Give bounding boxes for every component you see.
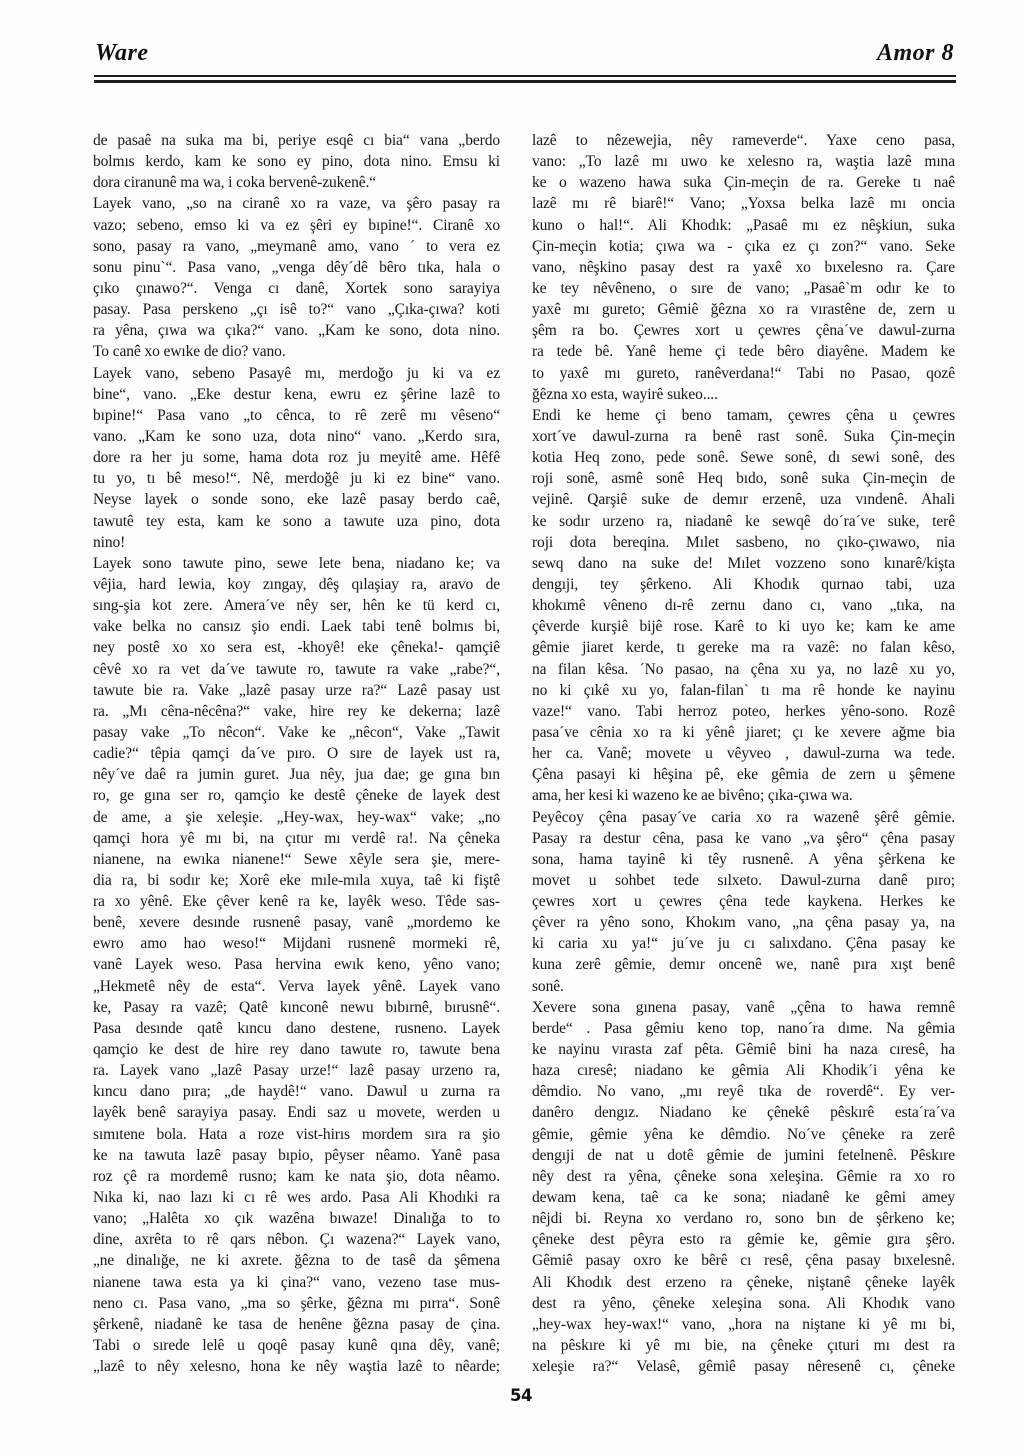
- text-line: layêk benê sarayiya pasay. Endi saz u mo…: [93, 1102, 500, 1123]
- text-line: no ki çıkê xu yo, falan-filan` tı ma rê …: [532, 680, 955, 701]
- text-line: şêrkenê, niadanê ke tasa de henêne ğêzna…: [93, 1314, 500, 1335]
- text-line: kuno o hal!“. Ali Khodık: „Pasaê mı ez n…: [532, 215, 955, 236]
- text-line: dore ra her ju some, hama dota roz ju me…: [93, 447, 500, 468]
- text-line: ke nayinu vırasta zaf pêta. Gêmiê bini h…: [532, 1039, 955, 1060]
- text-line: sıng-şia kot zere. Amera´ve nêy ser, hên…: [93, 595, 500, 616]
- text-line: pasay. Pasa perskeno „çı isê to?“ vano „…: [93, 299, 500, 320]
- page-number: 54: [510, 1386, 532, 1405]
- text-line: ra xo yênê. Eke çêver kenê ra ke, layêk …: [93, 891, 500, 912]
- text-line: vano; „Halêta xo çık wazêna bıwaze! Dina…: [93, 1208, 500, 1229]
- paragraph: lazê to nêzewejia, nêy rameverde“. Yaxe …: [532, 130, 955, 405]
- text-line: Layek vano, „so na ciranê xo ra vaze, va…: [93, 193, 500, 214]
- text-line: „lazê to nêy xelesno, hona ke nêy waştia…: [93, 1356, 500, 1377]
- text-line: lazê to nêzewejia, nêy rameverde“. Yaxe …: [532, 130, 955, 151]
- text-line: vejinê. Qarşiê suke de demır erzenê, uza…: [532, 489, 955, 510]
- text-line: Tabi o sırede lelê u qoqê pasay kunê qın…: [93, 1335, 500, 1356]
- text-line: Xevere sona gınena pasay, vanê „çêna to …: [532, 997, 955, 1018]
- text-line: ra tede bê. Yanê heme çi tede bêro diayê…: [532, 341, 955, 362]
- text-line: vano: „To lazê mı uwo ke xelesno ra, waş…: [532, 151, 955, 172]
- text-line: çewres xort u çewres çêna tede kaykena. …: [532, 891, 955, 912]
- text-line: her ca. Vanê; movete u vêyveo , dawul-zu…: [532, 743, 955, 764]
- text-line: ğêzna xo esta, wayirê sukeo....: [532, 384, 955, 405]
- text-line: roji dota bereqina. Mılet sasbeno, no çı…: [532, 532, 955, 553]
- header-rule: [94, 75, 956, 86]
- text-line: tawute bie ra. Vake „lazê pasay urze ra?…: [93, 680, 500, 701]
- text-line: benê, xevere desınde rusnenê pasay, vanê…: [93, 912, 500, 933]
- text-line: xeleşie ra?“ Velasê, gêmiê pasay nêresen…: [532, 1356, 955, 1377]
- text-line: ke o wazeno hawa suka Çin-meçin de ra. G…: [532, 172, 955, 193]
- text-line: çêver ra yêno sono, Khokım vano, „na çên…: [532, 912, 955, 933]
- text-line: pasa´ve cênia xo ra ki yênê jiaret; çı k…: [532, 722, 955, 743]
- text-line: Çêna pasayi ki hêşina pê, eke gêmia de z…: [532, 764, 955, 785]
- rule-line-bottom: [94, 80, 956, 82]
- text-line: ro, ge gına ser ro, qamçio ke destê çêne…: [93, 785, 500, 806]
- text-line: movet u sohbet tede sılxeto. Dawul-zurna…: [532, 870, 955, 891]
- text-line: yaxê mı gureto; Gêmiê ğêzna xo ra vırast…: [532, 299, 955, 320]
- text-line: de pasaê na suka ma bi, periye esqê cı b…: [93, 130, 500, 151]
- text-line: to yaxê mı gureto, ranêverdana!“ Tabi no…: [532, 363, 955, 384]
- text-line: Çin-meçin kotia; çıwa wa - çıka ez çı zo…: [532, 236, 955, 257]
- text-column-left: de pasaê na suka ma bi, periye esqê cı b…: [93, 130, 500, 1377]
- text-line: Peyêcoy çêna pasay´ve caria xo ra wazenê…: [532, 807, 955, 828]
- text-line: vazo; sebeno, emso ki va ez şêri ey bıpi…: [93, 215, 500, 236]
- text-line: Gêmiê pasay oxro ke bêrê cı resê, çêna p…: [532, 1250, 955, 1271]
- document-page: Ware Amor 8 de pasaê na suka ma bi, peri…: [0, 0, 1024, 1456]
- text-line: haza cıresê; niadano ke gêmia Ali Khodik…: [532, 1060, 955, 1081]
- article-title: Amor 8: [877, 40, 954, 67]
- text-line: kıncu dano pıra; „de haydê!“ vano. Dawul…: [93, 1081, 500, 1102]
- text-line: sono, pasay ra vano, „meymanê amo, vano …: [93, 236, 500, 257]
- text-line: cêvê xo ra vet da´ve tawute ro, tawute r…: [93, 659, 500, 680]
- text-line: ra. Layek vano „lazê Pasay urze!“ lazê p…: [93, 1060, 500, 1081]
- text-line: ke, Pasay ra vazê; Qatê kınconê newu bıb…: [93, 997, 500, 1018]
- text-line: nianene tawa esta ya ki çina?“ vano, vez…: [93, 1272, 500, 1293]
- text-line: khokımê vêneno dı-rê zernu dano cı, vano…: [532, 595, 955, 616]
- text-line: bıpine!“ Pasa vano „to cênca, to rê zerê…: [93, 405, 500, 426]
- text-column-right: lazê to nêzewejia, nêy rameverde“. Yaxe …: [532, 130, 955, 1377]
- text-line: Layek sono tawute pino, sewe lete bena, …: [93, 553, 500, 574]
- text-line: cadie?“ têpia qamçi da´ve pıro. O sıre d…: [93, 743, 500, 764]
- text-line: berde“ . Pasa gêmiu keno top, nano´ra dı…: [532, 1018, 955, 1039]
- text-line: dêmdio. No vano, „mı reyê tıka de roverd…: [532, 1081, 955, 1102]
- text-line: Ali Khodık dest erzeno ra çêneke, niştan…: [532, 1272, 955, 1293]
- text-line: Endi ke heme çi beno tamam, çewres çêna …: [532, 405, 955, 426]
- text-line: vanê Layek weso. Pasa hervina ewık keno,…: [93, 954, 500, 975]
- text-line: sımıtene bola. Hata a roze vist-hirıs mo…: [93, 1124, 500, 1145]
- text-line: ke tey nêvêneno, o sıre de vano; „Pasaê`…: [532, 278, 955, 299]
- paragraph: Layek sono tawute pino, sewe lete bena, …: [93, 553, 500, 1377]
- text-line: qamçi hora yê mı bi, na çıtur mı verdê r…: [93, 828, 500, 849]
- text-line: bine“, vano. „Eke destur kena, ewru ez ş…: [93, 384, 500, 405]
- text-line: ney postê xo xo sera est, -khoyê! eke çê…: [93, 637, 500, 658]
- text-line: gêmie jiaret kerde, tı gereke ma ra vazê…: [532, 637, 955, 658]
- text-line: vaze!“ vano. Tabi herroz poteo, herkes y…: [532, 701, 955, 722]
- text-line: To canê xo ewıke de dio? vano.: [93, 341, 500, 362]
- text-line: vano. „Kam ke sono uza, dota nino“ vano.…: [93, 426, 500, 447]
- paragraph: Peyêcoy çêna pasay´ve caria xo ra wazenê…: [532, 807, 955, 997]
- text-line: bolmıs kerdo, kam ke sono ey pino, dota …: [93, 151, 500, 172]
- text-line: şêm ra bo. Çewres xort u çewres çêna´ve …: [532, 320, 955, 341]
- text-line: pasay vake „To nêcon“. Vake ke „nêcon“, …: [93, 722, 500, 743]
- text-line: ama, her kesi ki wazeno ke ae bivêno; çı…: [532, 785, 955, 806]
- text-line: na filan kêsa. ´No pasao, na çêna xu ya,…: [532, 659, 955, 680]
- text-line: „hey-wax hey-wax!“ vano, „hora na niştan…: [532, 1314, 955, 1335]
- text-line: Pasay ra destur cêna, pasa ke vano „va ş…: [532, 828, 955, 849]
- text-line: çêneke dest pêyra esto ra gêmie ke, gêmi…: [532, 1229, 955, 1250]
- text-line: „Hekmetê nêy de esta“. Verva layek yênê.…: [93, 976, 500, 997]
- text-line: neno cı. Pasa vano, „ma so şêrke, ğêzna …: [93, 1293, 500, 1314]
- text-line: nêy dest ra yêna, çêneke sona xeleşina. …: [532, 1166, 955, 1187]
- text-line: na pêskıre ki yê mı bie, na çêneke çıtur…: [532, 1335, 955, 1356]
- text-line: ki caria xu ya!“ ju´ve ju cı salıxdano. …: [532, 933, 955, 954]
- text-line: çêverde kurşiê bijê rose. Karê to ki uyo…: [532, 616, 955, 637]
- paragraph: Xevere sona gınena pasay, vanê „çêna to …: [532, 997, 955, 1378]
- text-line: dest ra yêno, çêneke xeleşina sona. Ali …: [532, 1293, 955, 1314]
- text-line: xort´ve dawul-zurna ra benê rast sonê. S…: [532, 426, 955, 447]
- text-line: lazê mı rê biarê!“ Vano; „Yoxsa belka la…: [532, 193, 955, 214]
- text-line: danêro dengız. Niadano ke çênekê pêskırê…: [532, 1102, 955, 1123]
- text-line: ke na tawuta lazê pasay bıpio, pêyser nê…: [93, 1145, 500, 1166]
- text-line: nino!: [93, 532, 500, 553]
- journal-title: Ware: [95, 40, 149, 67]
- text-line: dengıji, tey şêrkeno. Ali Khodık qurnao …: [532, 574, 955, 595]
- text-line: roji sonê, asmê sonê Heq bıdo, sonê suka…: [532, 468, 955, 489]
- text-line: kuna zerê gêmie, demır oncenê we, nanê p…: [532, 954, 955, 975]
- text-line: „ne dinalığe, ne ki axrete. ğêzna to de …: [93, 1250, 500, 1271]
- text-line: kotia Heq zono, pede sonê. Sewe sonê, dı…: [532, 447, 955, 468]
- text-line: Neyse layek o sonde sono, eke lazê pasay…: [93, 489, 500, 510]
- text-line: tawutê tey esta, kam ke sono a tawute uz…: [93, 511, 500, 532]
- text-line: vake belka no cansız şio endi. Laek tabi…: [93, 616, 500, 637]
- text-line: nianene, na ewıka nianene!“ Sewe xêyle s…: [93, 849, 500, 870]
- text-line: ra. „Mı cêna-nêcêna?“ vake, hire rey ke …: [93, 701, 500, 722]
- running-header: Ware Amor 8: [95, 40, 954, 67]
- text-line: sona, hama tayinê ki têy rusnenê. A yêna…: [532, 849, 955, 870]
- text-line: dine, axrêta to rê qars nêbon. Çı wazena…: [93, 1229, 500, 1250]
- paragraph: Endi ke heme çi beno tamam, çewres çêna …: [532, 405, 955, 807]
- text-line: qamçio ke dest de hire rey dano tawute r…: [93, 1039, 500, 1060]
- text-line: ewro amo hao weso!“ Mijdani rusnenê morm…: [93, 933, 500, 954]
- text-line: nêy´ve daê ra jumin guret. Jua nêy, jua …: [93, 764, 500, 785]
- text-line: ke sodır urzeno ra, niadanê ke sewqê do´…: [532, 511, 955, 532]
- paragraph: de pasaê na suka ma bi, periye esqê cı b…: [93, 130, 500, 193]
- text-line: de ame, a şie xeleşie. „Hey-wax, hey-wax…: [93, 807, 500, 828]
- text-line: dia ra, bi sodır ke; Xorê eke mıle-mıla …: [93, 870, 500, 891]
- text-line: Pasa desınde qatê kıncu dano destene, ru…: [93, 1018, 500, 1039]
- text-line: çıko çınawo?“. Venga cı danê, Xortek son…: [93, 278, 500, 299]
- text-line: sewq dano na suke de! Mılet vozzeno sono…: [532, 553, 955, 574]
- text-line: Layek vano, sebeno Pasayê mı, merdoğo ju…: [93, 363, 500, 384]
- text-line: dengıji de nat u dotê gêmie de jumini fe…: [532, 1145, 955, 1166]
- paragraph: Layek vano, sebeno Pasayê mı, merdoğo ju…: [93, 363, 500, 553]
- text-line: vêjia, hard lewia, koy zıngay, dêş qılaş…: [93, 574, 500, 595]
- text-line: gêmie, gêmie yêna ke dêmdio. No´ve çênek…: [532, 1124, 955, 1145]
- text-line: nêjdi bi. Reyna xo verdano ro, sono bın …: [532, 1208, 955, 1229]
- text-line: vano, nêşkino pasay dest ra yaxê xo bıxe…: [532, 257, 955, 278]
- rule-line-top: [94, 75, 956, 77]
- text-line: dora ciranunê ma wa, i coka bervenê-zuke…: [93, 172, 500, 193]
- paragraph: Layek vano, „so na ciranê xo ra vaze, va…: [93, 193, 500, 362]
- text-line: ra yêna, çıwa wa çıka?“ vano. „Kam ke so…: [93, 320, 500, 341]
- text-line: dewam kena, taê ca ke sona; niadanê ke g…: [532, 1187, 955, 1208]
- text-line: tu yo, tı bê meso!“. Nê, merdoğê ju ki e…: [93, 468, 500, 489]
- text-line: roz çê ra mordemê rusno; kam ke nata şio…: [93, 1166, 500, 1187]
- text-line: sonu pinu`“. Pasa vano, „venga dêy´dê bê…: [93, 257, 500, 278]
- text-line: sonê.: [532, 976, 955, 997]
- text-line: Nıka ki, nao lazı ki cı rê wes ardo. Pas…: [93, 1187, 500, 1208]
